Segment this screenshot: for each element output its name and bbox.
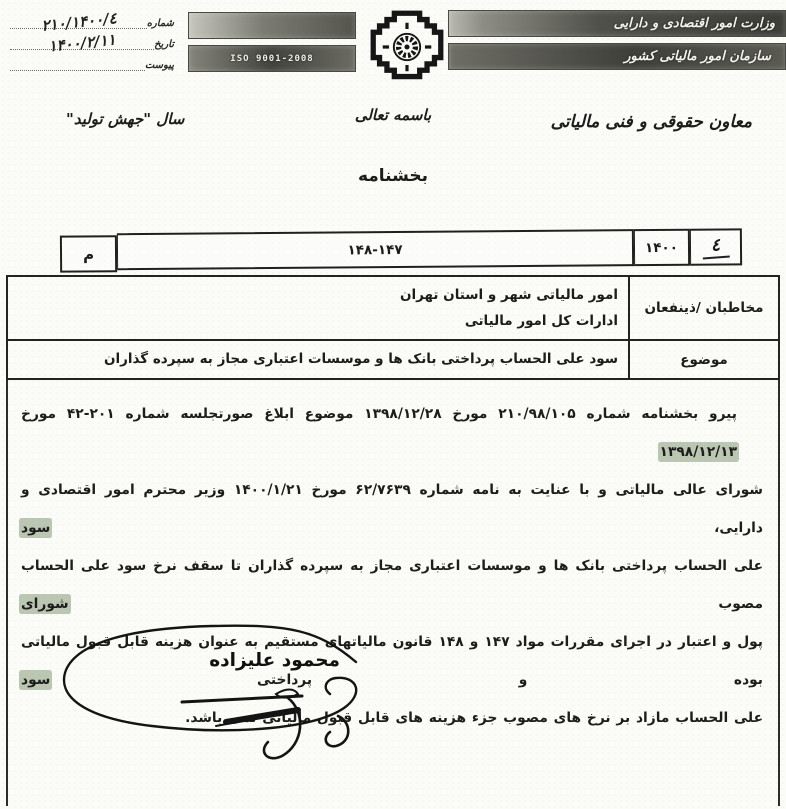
letterhead-left-bands: ISO 9001-2008 [188,7,356,78]
subject-text: سود علی الحساب پرداختی بانک ها و موسسات … [18,346,618,372]
ministry-name: وزارت امور اقتصادی و دارایی [614,16,775,31]
year-slogan: سال "جهش تولید" [0,102,283,154]
year-cell: ۱۴۰۰ [634,229,690,266]
attachment-label: پیوست [145,60,174,71]
audience-value-cell: امور مالیاتی شهر و استان تهران ادارات کل… [8,277,628,339]
subject-row: موضوع سود علی الحساب پرداختی بانک ها و م… [8,339,778,378]
body-line-3-highlight: شورای [21,596,69,612]
body-line-3-text: علی الحساب پرداختی بانک ها و موسسات اعتب… [21,558,763,612]
handwritten-serial: ٤ [701,235,730,260]
decorative-band [188,12,356,39]
subject-value-cell: سود علی الحساب پرداختی بانک ها و موسسات … [8,341,628,378]
audience-label-cell: مخاطبان /ذینفعان [628,277,778,339]
attachment-line [10,51,145,71]
audience-line-2: ادارات کل امور مالیاتی [18,308,618,334]
number-line: ۲۱۰/۱۴۰۰/٤ [10,9,147,29]
body-line-3: علی الحساب پرداختی بانک ها و موسسات اعتب… [21,547,763,623]
circular-document-page: وزارت امور اقتصادی و دارایی سازمان امور … [0,0,786,809]
organization-name: سازمان امور مالیاتی کشور [624,49,771,64]
deputy-title: معاون حقوقی و فنی مالیاتی [503,102,786,154]
classification-row: ٤ ۱۴۰۰ ۱۴۸-۱۴۷ م [60,228,742,270]
audience-line-1: امور مالیاتی شهر و استان تهران [18,282,618,308]
legal-articles-cell: ۱۴۸-۱۴۷ [117,229,634,270]
letterhead-right-bands: وزارت امور اقتصادی و دارایی سازمان امور … [448,7,786,76]
iso-band: ISO 9001-2008 [188,45,356,72]
serial-cell: ٤ [690,228,742,265]
category-cell: م [60,235,117,272]
logo-container [366,7,448,89]
letterhead: وزارت امور اقتصادی و دارایی سازمان امور … [0,0,786,92]
body-line-1: پیرو بخشنامه شماره ۲۱۰/۹۸/۱۰۵ مورخ ۱۳۹۸/… [21,395,763,471]
iso-certificate-label: ISO 9001-2008 [230,54,313,64]
body-line-2: شورای عالی مالیاتی و با عنایت به نامه شم… [21,471,763,547]
document-registration-block: شماره ۲۱۰/۱۴۰۰/٤ تاریخ ۱۴۰۰/۲/۱۱ پیوست [0,7,188,72]
body-line-1-highlight: ۱۳۹۸/۱۲/۱۳ [660,444,737,460]
basmala: باسمه تعالی [283,102,503,154]
tax-organization-emblem-icon [369,9,445,89]
signature-block: محمود علیزاده [40,618,392,786]
body-line-2-highlight: سود [21,520,50,536]
number-row-field: شماره ۲۱۰/۱۴۰۰/٤ [10,9,174,29]
body-box: پیرو بخشنامه شماره ۲۱۰/۹۸/۱۰۵ مورخ ۱۳۹۸/… [6,380,780,806]
body-line-2-text: شورای عالی مالیاتی و با عنایت به نامه شم… [21,482,763,536]
number-label: شماره [147,18,174,29]
audience-row: مخاطبان /ذینفعان امور مالیاتی شهر و استا… [8,277,778,339]
subject-label-cell: موضوع [628,341,778,378]
ministry-band: وزارت امور اقتصادی و دارایی [448,10,786,37]
info-table: مخاطبان /ذینفعان امور مالیاتی شهر و استا… [6,275,780,380]
titles-row: معاون حقوقی و فنی مالیاتی باسمه تعالی سا… [0,102,786,154]
signatory-name: محمود علیزاده [209,650,340,671]
body-line-1-text: پیرو بخشنامه شماره ۲۱۰/۹۸/۱۰۵ مورخ ۱۳۹۸/… [21,406,737,422]
date-label: تاریخ [154,39,174,50]
attachment-row-field: پیوست [10,51,174,71]
date-row-field: تاریخ ۱۴۰۰/۲/۱۱ [10,30,174,50]
document-type-title: بخشنامه [0,166,786,186]
organization-band: سازمان امور مالیاتی کشور [448,43,786,70]
date-line: ۱۴۰۰/۲/۱۱ [10,30,154,50]
